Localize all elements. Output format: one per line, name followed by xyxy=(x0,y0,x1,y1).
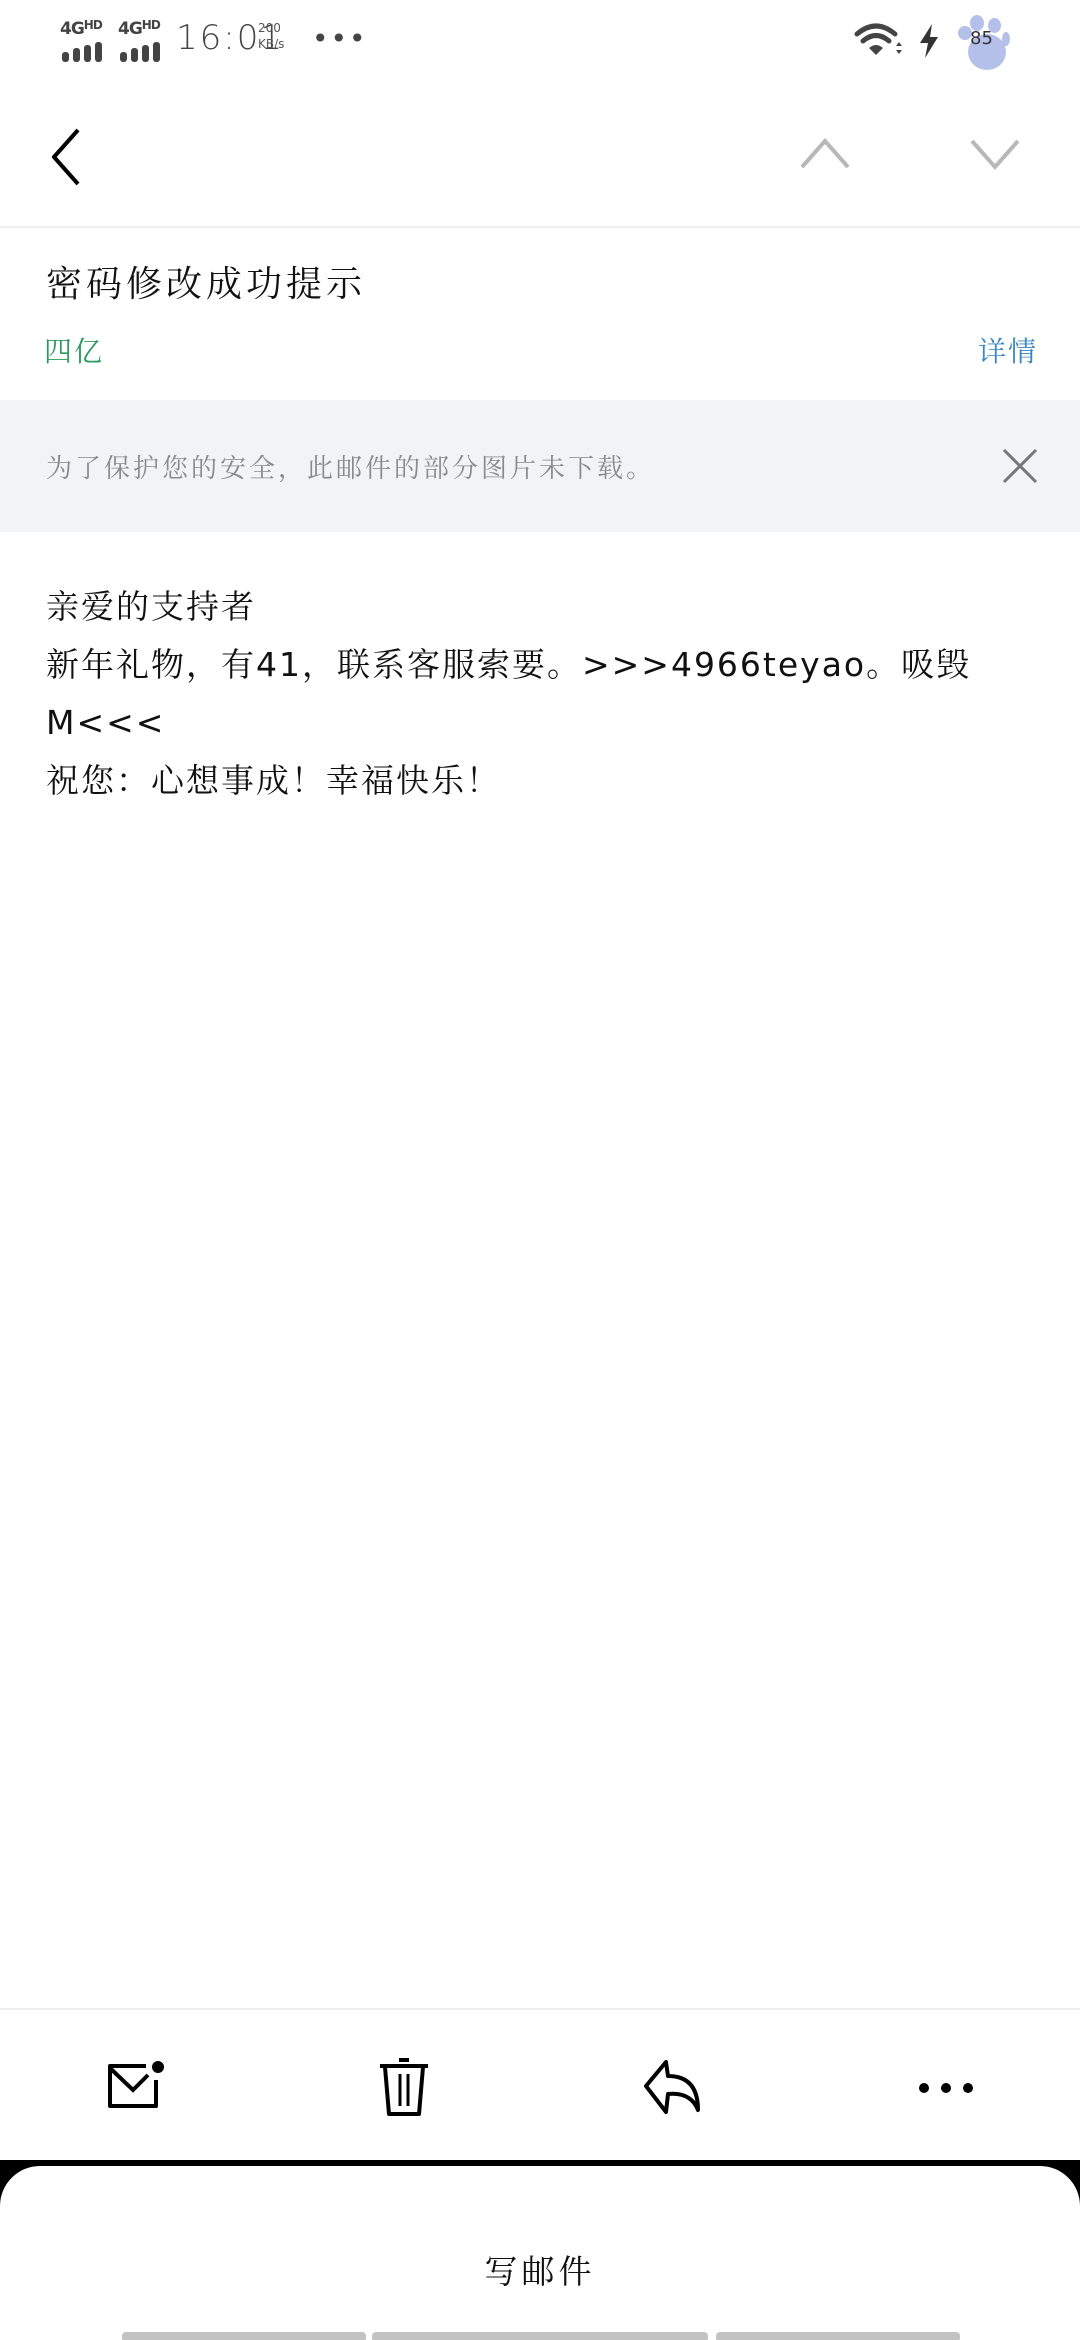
sim2-signal-icon: 4GHD xyxy=(118,18,168,60)
image-blocked-notice: 为了保护您的安全，此邮件的部分图片未下载。 xyxy=(0,400,1080,532)
delete-button[interactable] xyxy=(364,2050,444,2130)
email-sender[interactable]: 四亿 xyxy=(44,330,104,370)
drawer-handle[interactable] xyxy=(122,2332,366,2340)
nav-bar xyxy=(0,84,1080,228)
wifi-icon xyxy=(854,22,904,58)
close-notice-button[interactable] xyxy=(998,444,1042,488)
more-button[interactable] xyxy=(906,2050,986,2130)
network-speed: 200 KB/s xyxy=(258,20,284,52)
next-email-button[interactable] xyxy=(960,129,1030,179)
chevron-up-icon xyxy=(790,129,860,179)
mail-unread-icon xyxy=(96,2050,176,2130)
drawer-handle[interactable] xyxy=(716,2332,960,2340)
status-bar: 4GHD 4GHD 16:01 200 KB/s ••• 85 xyxy=(0,0,1080,84)
compose-email-button[interactable]: 写邮件 xyxy=(0,2246,1080,2293)
bottom-toolbar xyxy=(0,2008,1080,2160)
email-body: 亲爱的支持者 新年礼物，有41，联系客服索要。>>>4966teyao。吸毁 M… xyxy=(46,578,1036,810)
body-line: 祝您：心想事成！幸福快乐！ xyxy=(46,752,1036,810)
email-subject: 密码修改成功提示 xyxy=(46,256,366,307)
body-line: 亲爱的支持者 xyxy=(46,578,1036,636)
notice-text: 为了保护您的安全，此邮件的部分图片未下载。 xyxy=(46,448,655,485)
close-icon xyxy=(998,444,1042,488)
charging-bolt-icon xyxy=(918,24,940,58)
body-line: M<<< xyxy=(46,694,1036,752)
previous-email-button[interactable] xyxy=(790,129,860,179)
reply-icon xyxy=(636,2050,716,2130)
sim1-signal-icon: 4GHD xyxy=(60,18,110,60)
more-notifications-icon: ••• xyxy=(312,22,368,55)
drawer-handle[interactable] xyxy=(372,2332,708,2340)
back-button[interactable] xyxy=(40,124,100,194)
details-link[interactable]: 详情 xyxy=(978,330,1038,370)
more-horizontal-icon xyxy=(906,2050,986,2130)
chevron-left-icon xyxy=(40,124,100,194)
mark-unread-button[interactable] xyxy=(96,2050,176,2130)
body-line: 新年礼物，有41，联系客服索要。>>>4966teyao。吸毁 xyxy=(46,636,1036,694)
trash-icon xyxy=(364,2050,444,2130)
compose-drawer: 写邮件 xyxy=(0,2166,1080,2340)
reply-button[interactable] xyxy=(636,2050,716,2130)
battery-paw-icon: 85 xyxy=(950,12,1010,72)
chevron-down-icon xyxy=(960,129,1030,179)
